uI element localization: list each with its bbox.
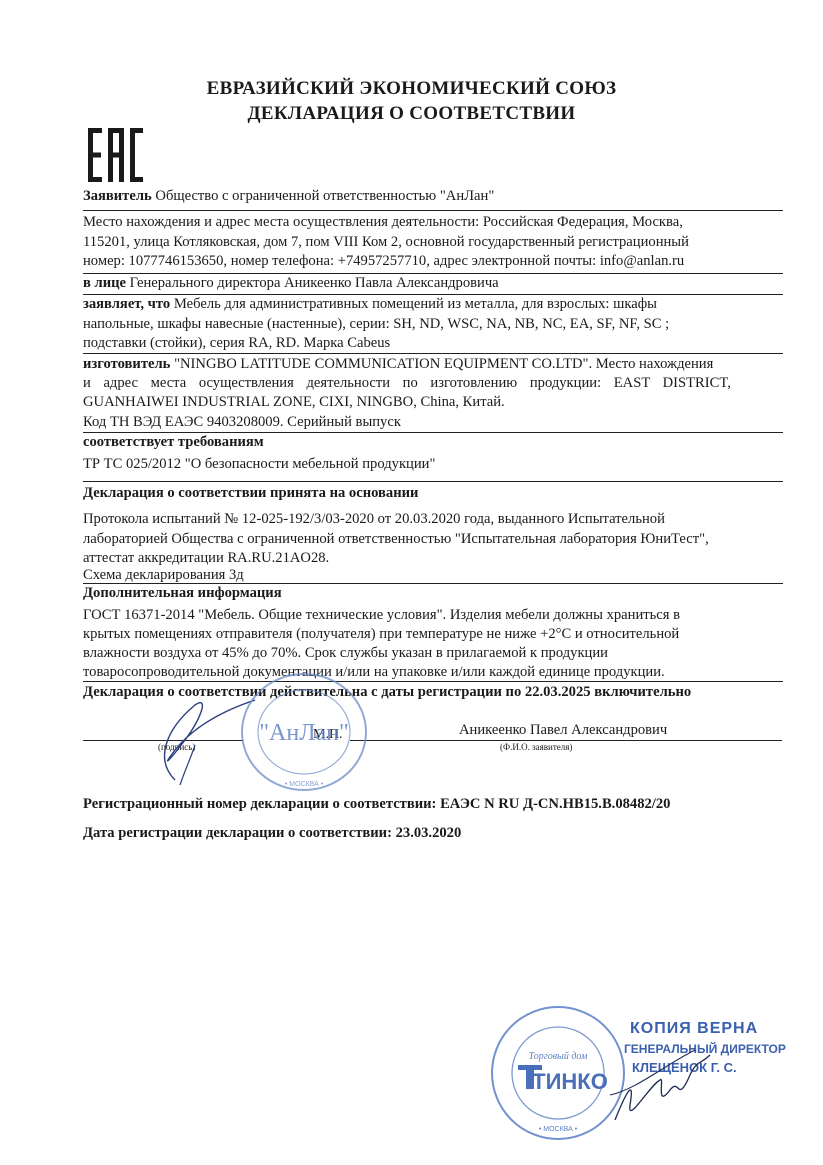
requirements-value: ТР ТС 025/2012 "О безопасности мебельной… xyxy=(83,455,783,474)
hs-code-line: Код ТН ВЭД ЕАЭС 9403208009. Серийный вып… xyxy=(83,413,783,432)
declares-line-3: подставки (стойки), серия RA, RD. Марка … xyxy=(83,334,783,353)
address-line-1: Место нахождения и адрес места осуществл… xyxy=(83,213,783,232)
declares-text: Мебель для административных помещений из… xyxy=(174,296,657,312)
additional-line-1: ГОСТ 16371-2014 "Мебель. Общие техническ… xyxy=(83,606,783,625)
address-line-3: номер: 1077746153650, номер телефона: +7… xyxy=(83,252,783,271)
seal-company-name: "АнЛан" xyxy=(259,720,349,746)
divider xyxy=(83,481,783,482)
svg-text:Торговый дом: Торговый дом xyxy=(529,1051,588,1062)
basis-line-2: лабораторией Общества с ограниченной отв… xyxy=(83,530,783,549)
applicant-value: Общество с ограниченной ответственностью… xyxy=(155,188,494,204)
manufacturer-label: изготовитель xyxy=(83,356,170,372)
represented-row: в лице Генерального директора Аникеенко … xyxy=(83,274,783,293)
represented-value: Генерального директора Аникеенко Павла А… xyxy=(130,275,499,291)
registration-date-row: Дата регистрации декларации о соответств… xyxy=(83,824,783,843)
additional-label: Дополнительная информация xyxy=(83,584,783,603)
registration-date-label: Дата регистрации декларации о соответств… xyxy=(83,825,392,841)
manufacturer-line-3: GUANHAIWEI INDUSTRIAL ZONE, CIXI, NINGBO… xyxy=(83,393,783,412)
additional-line-4: товаросопроводительной документации и/ил… xyxy=(83,663,783,682)
signatory-caption: (Ф.И.О. заявителя) xyxy=(500,742,572,752)
divider xyxy=(83,353,783,354)
document-title-declaration: ДЕКЛАРАЦИЯ О СООТВЕТСТВИИ xyxy=(0,103,823,125)
name-line xyxy=(350,740,782,741)
signatory-name: Аникеенко Павел Александрович xyxy=(459,722,667,739)
manufacturer-line-2: и адрес места осуществления деятельности… xyxy=(83,374,783,393)
document-title-union: ЕВРАЗИЙСКИЙ ЭКОНОМИЧЕСКИЙ СОЮЗ xyxy=(0,78,823,100)
manufacturer-name: "NINGBO LATITUDE COMMUNICATION EQUIPMENT… xyxy=(174,356,713,372)
declares-line-1: заявляет, что Мебель для административны… xyxy=(83,295,783,314)
address-line-2: 115201, улица Котляковская, дом 7, пом V… xyxy=(83,233,783,252)
company-seal-stamp: "АнЛан" • МОСКВА • xyxy=(237,670,372,795)
declares-label: заявляет, что xyxy=(83,296,170,312)
requirements-label: соответствует требованиям xyxy=(83,433,783,452)
represented-label: в лице xyxy=(83,275,126,291)
svg-text:• МОСКВА •: • МОСКВА • xyxy=(539,1126,578,1133)
basis-line-1: Протокола испытаний № 12-025-192/3/03-20… xyxy=(83,510,783,529)
copy-signature-icon xyxy=(605,1035,715,1130)
basis-label: Декларация о соответствии принята на осн… xyxy=(83,484,783,503)
registration-number-value: ЕАЭС N RU Д-CN.НВ15.В.08482/20 xyxy=(440,796,670,812)
declares-line-2: напольные, шкафы навесные (настенные), с… xyxy=(83,315,783,334)
registration-number-row: Регистрационный номер декларации о соотв… xyxy=(83,795,783,814)
svg-text:• МОСКВА •: • МОСКВА • xyxy=(285,781,324,788)
registration-date-value: 23.03.2020 xyxy=(396,825,462,841)
applicant-label: Заявитель xyxy=(83,188,152,204)
divider xyxy=(83,210,783,211)
registration-number-label: Регистрационный номер декларации о соотв… xyxy=(83,796,436,812)
additional-line-3: влажности воздуха от 45% до 70%. Срок сл… xyxy=(83,644,783,663)
applicant-row: Заявитель Общество с ограниченной ответс… xyxy=(83,187,783,206)
eac-logo-icon xyxy=(88,128,143,182)
svg-text:ТИНКО: ТИНКО xyxy=(532,1069,608,1094)
divider xyxy=(83,681,783,682)
manufacturer-line-1: изготовитель "NINGBO LATITUDE COMMUNICAT… xyxy=(83,355,783,374)
additional-line-2: крытых помещениях отправителя (получател… xyxy=(83,625,783,644)
